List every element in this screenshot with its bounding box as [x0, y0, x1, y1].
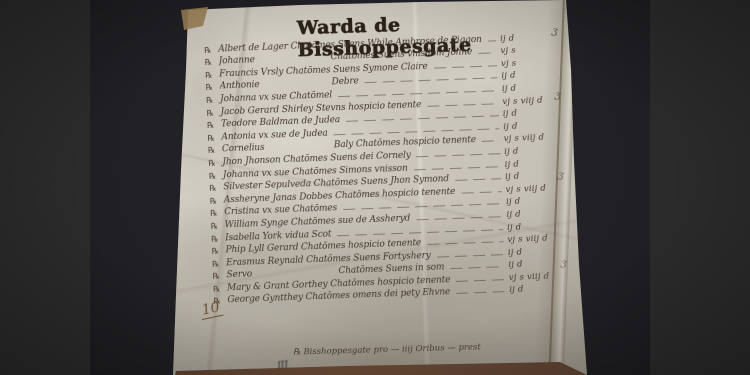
- leader-dash-line: [461, 191, 501, 193]
- leader-dash-line: [455, 178, 501, 181]
- leader-dash-line: [482, 141, 500, 143]
- leader-dash-line: [478, 52, 496, 54]
- leader-dash-line: [450, 266, 504, 269]
- manuscript-photo: Warda de Bisshoppesgate ℞ Albert de Lage…: [0, 0, 750, 375]
- leader-dash-line: [437, 254, 504, 257]
- leader-dash-line: [427, 241, 503, 245]
- leader-dash-line: [427, 103, 498, 107]
- leader-dash-line: [488, 40, 496, 41]
- leader-dash-line: [456, 279, 505, 282]
- entry-list: ℞ Albert de Lager Chatōmes Suens While A…: [204, 29, 565, 306]
- leader-dash-line: [456, 292, 505, 295]
- leader-dash-line: [434, 65, 497, 68]
